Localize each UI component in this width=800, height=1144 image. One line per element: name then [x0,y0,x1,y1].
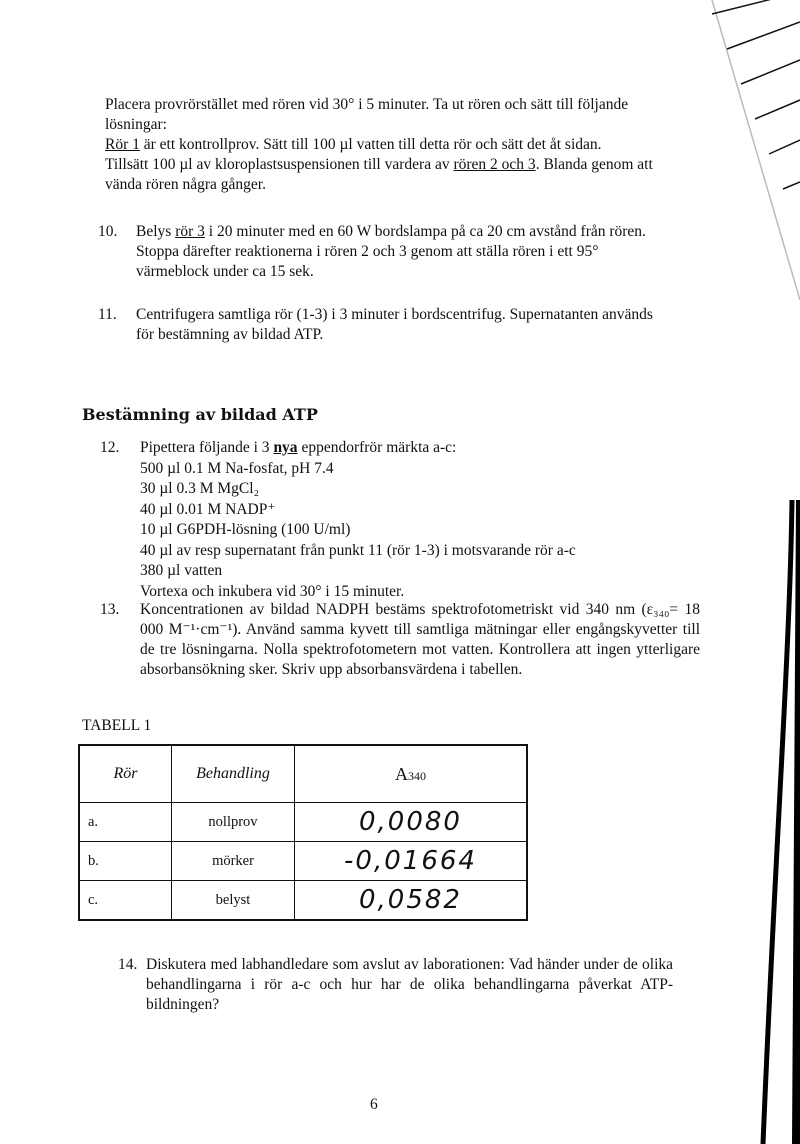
intro-line-3: Rör 1 är ett kontrollprov. Sätt till 100… [105,135,715,155]
tube-3-ref: rör 3 [175,223,205,240]
step-number: 12. [100,438,119,458]
step-10-line-2: Stoppa därefter reaktionerna i rören 2 o… [136,242,646,262]
reagent-line: Vortexa och inkubera vid 30° i 15 minute… [140,582,576,603]
intro-line-2: lösningar: [105,115,715,135]
a340-main: A [395,764,408,784]
cell-a340-handwritten: 0,0582 [295,881,528,921]
step-10-line-3: värmeblock under ca 15 sek. [136,262,646,282]
step-12-intro: Pipettera följande i 3 nya eppendorfrör … [140,438,576,459]
a340-subscript: 340 [408,769,426,783]
page-number: 6 [370,1096,378,1114]
step-11-line-2: för bestämning av bildad ATP. [136,325,653,345]
step-14-text: Diskutera med labhandledare som avslut a… [146,955,673,1015]
section-heading: Bestämning av bildad ATP [82,405,318,424]
table-header-row: Rör Behandling A340 [79,745,527,803]
tube-1-ref: Rör 1 [105,136,140,153]
intro-line-5: vända rören några gånger. [105,175,715,195]
step-13-text: Koncentrationen av bildad NADPH bestäms … [140,600,700,680]
step-12-start: Pipettera följande i 3 [140,439,273,456]
table-row: c. belyst 0,0582 [79,881,527,921]
header-a340: A340 [295,745,528,803]
cell-behandling: belyst [172,881,295,921]
cell-ror: a. [79,803,172,842]
step-11-line-1: Centrifugera samtliga rör (1-3) i 3 minu… [136,305,653,325]
intro-line-1: Placera provrörstället med rören vid 30°… [105,95,715,115]
cell-a340-handwritten: -0,01664 [295,842,528,881]
step-12-rest: eppendorfrör märkta a-c: [298,439,457,456]
step-number: 11. [98,305,117,325]
table-row: a. nollprov 0,0080 [79,803,527,842]
step-number: 13. [100,600,119,620]
reagent-line: 30 µl 0.3 M MgCl₂ [140,479,576,500]
step-number: 14. [118,955,137,975]
header-ror: Rör [79,745,172,803]
step-body: Centrifugera samtliga rör (1-3) i 3 minu… [136,305,653,345]
table-row: b. mörker -0,01664 [79,842,527,881]
reagent-line: 40 µl av resp supernatant från punkt 11 … [140,541,576,562]
step-10-line-1: Belys rör 3 i 20 minuter med en 60 W bor… [136,222,646,242]
step-10-start: Belys [136,223,175,240]
intro-line-3-text: är ett kontrollprov. Sätt till 100 µl va… [140,136,602,153]
reagent-line: 40 µl 0.01 M NADP⁺ [140,500,576,521]
header-behandling: Behandling [172,745,295,803]
reagent-line: 380 µl vatten [140,561,576,582]
tubes-2-3-ref: rören 2 och 3 [453,156,535,173]
step-number: 10. [98,222,117,242]
reagent-line: 10 µl G6PDH-lösning (100 U/ml) [140,520,576,541]
reagent-line: 500 µl 0.1 M Na-fosfat, pH 7.4 [140,459,576,480]
cell-a340-handwritten: 0,0080 [295,803,528,842]
table-label: TABELL 1 [82,717,151,735]
step-10-rest: i 20 minuter med en 60 W bordslampa på c… [205,223,646,240]
intro-line-4-start: Tillsätt 100 µl av kloroplastsuspensione… [105,156,453,173]
cell-behandling: nollprov [172,803,295,842]
cell-ror: b. [79,842,172,881]
absorbance-table: Rör Behandling A340 a. nollprov 0,0080 b… [78,744,528,921]
cell-ror: c. [79,881,172,921]
step-body: Belys rör 3 i 20 minuter med en 60 W bor… [136,222,646,282]
cell-behandling: mörker [172,842,295,881]
step-body: Pipettera följande i 3 nya eppendorfrör … [140,438,576,602]
intro-line-4: Tillsätt 100 µl av kloroplastsuspensione… [105,155,715,175]
intro-paragraph: Placera provrörstället med rören vid 30°… [105,95,715,195]
new-emphasis: nya [273,439,297,456]
intro-line-4-end: . Blanda genom att [536,156,653,173]
